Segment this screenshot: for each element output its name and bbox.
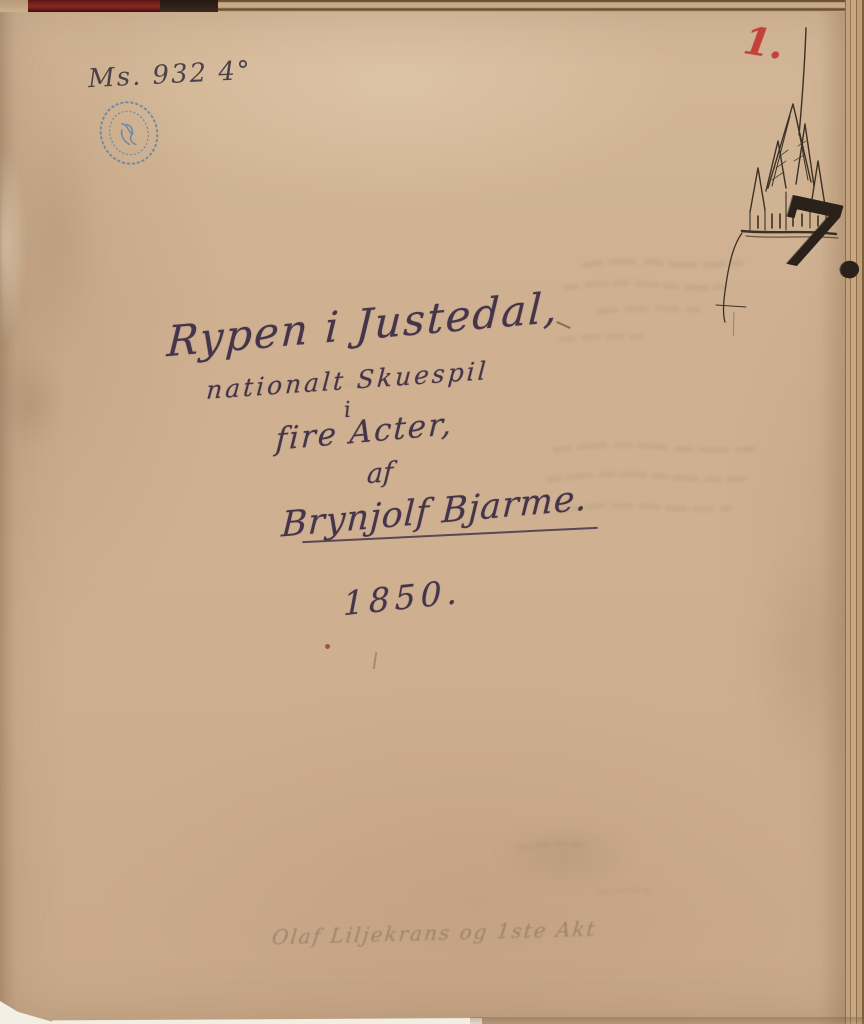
hillside-line [724,233,742,322]
red-binding-edge [28,0,160,12]
stamp-lion-emblem [119,121,137,147]
folio-number-red: 1. [741,17,787,68]
stacked-pages-edge [218,0,864,12]
left-edge-chip [0,150,26,340]
red-ink-speck [325,644,330,649]
page-corner-edge [0,0,28,12]
dark-binding-edge [160,0,218,12]
bottom-page-edge [470,1017,864,1024]
book-top-edge [0,0,864,12]
spire-mast [799,28,806,135]
manuscript-cover-page: Ms. 932 4° 1. 7. Rypen i Justedal, natio… [0,0,864,1024]
byline-preposition: af [349,455,410,491]
